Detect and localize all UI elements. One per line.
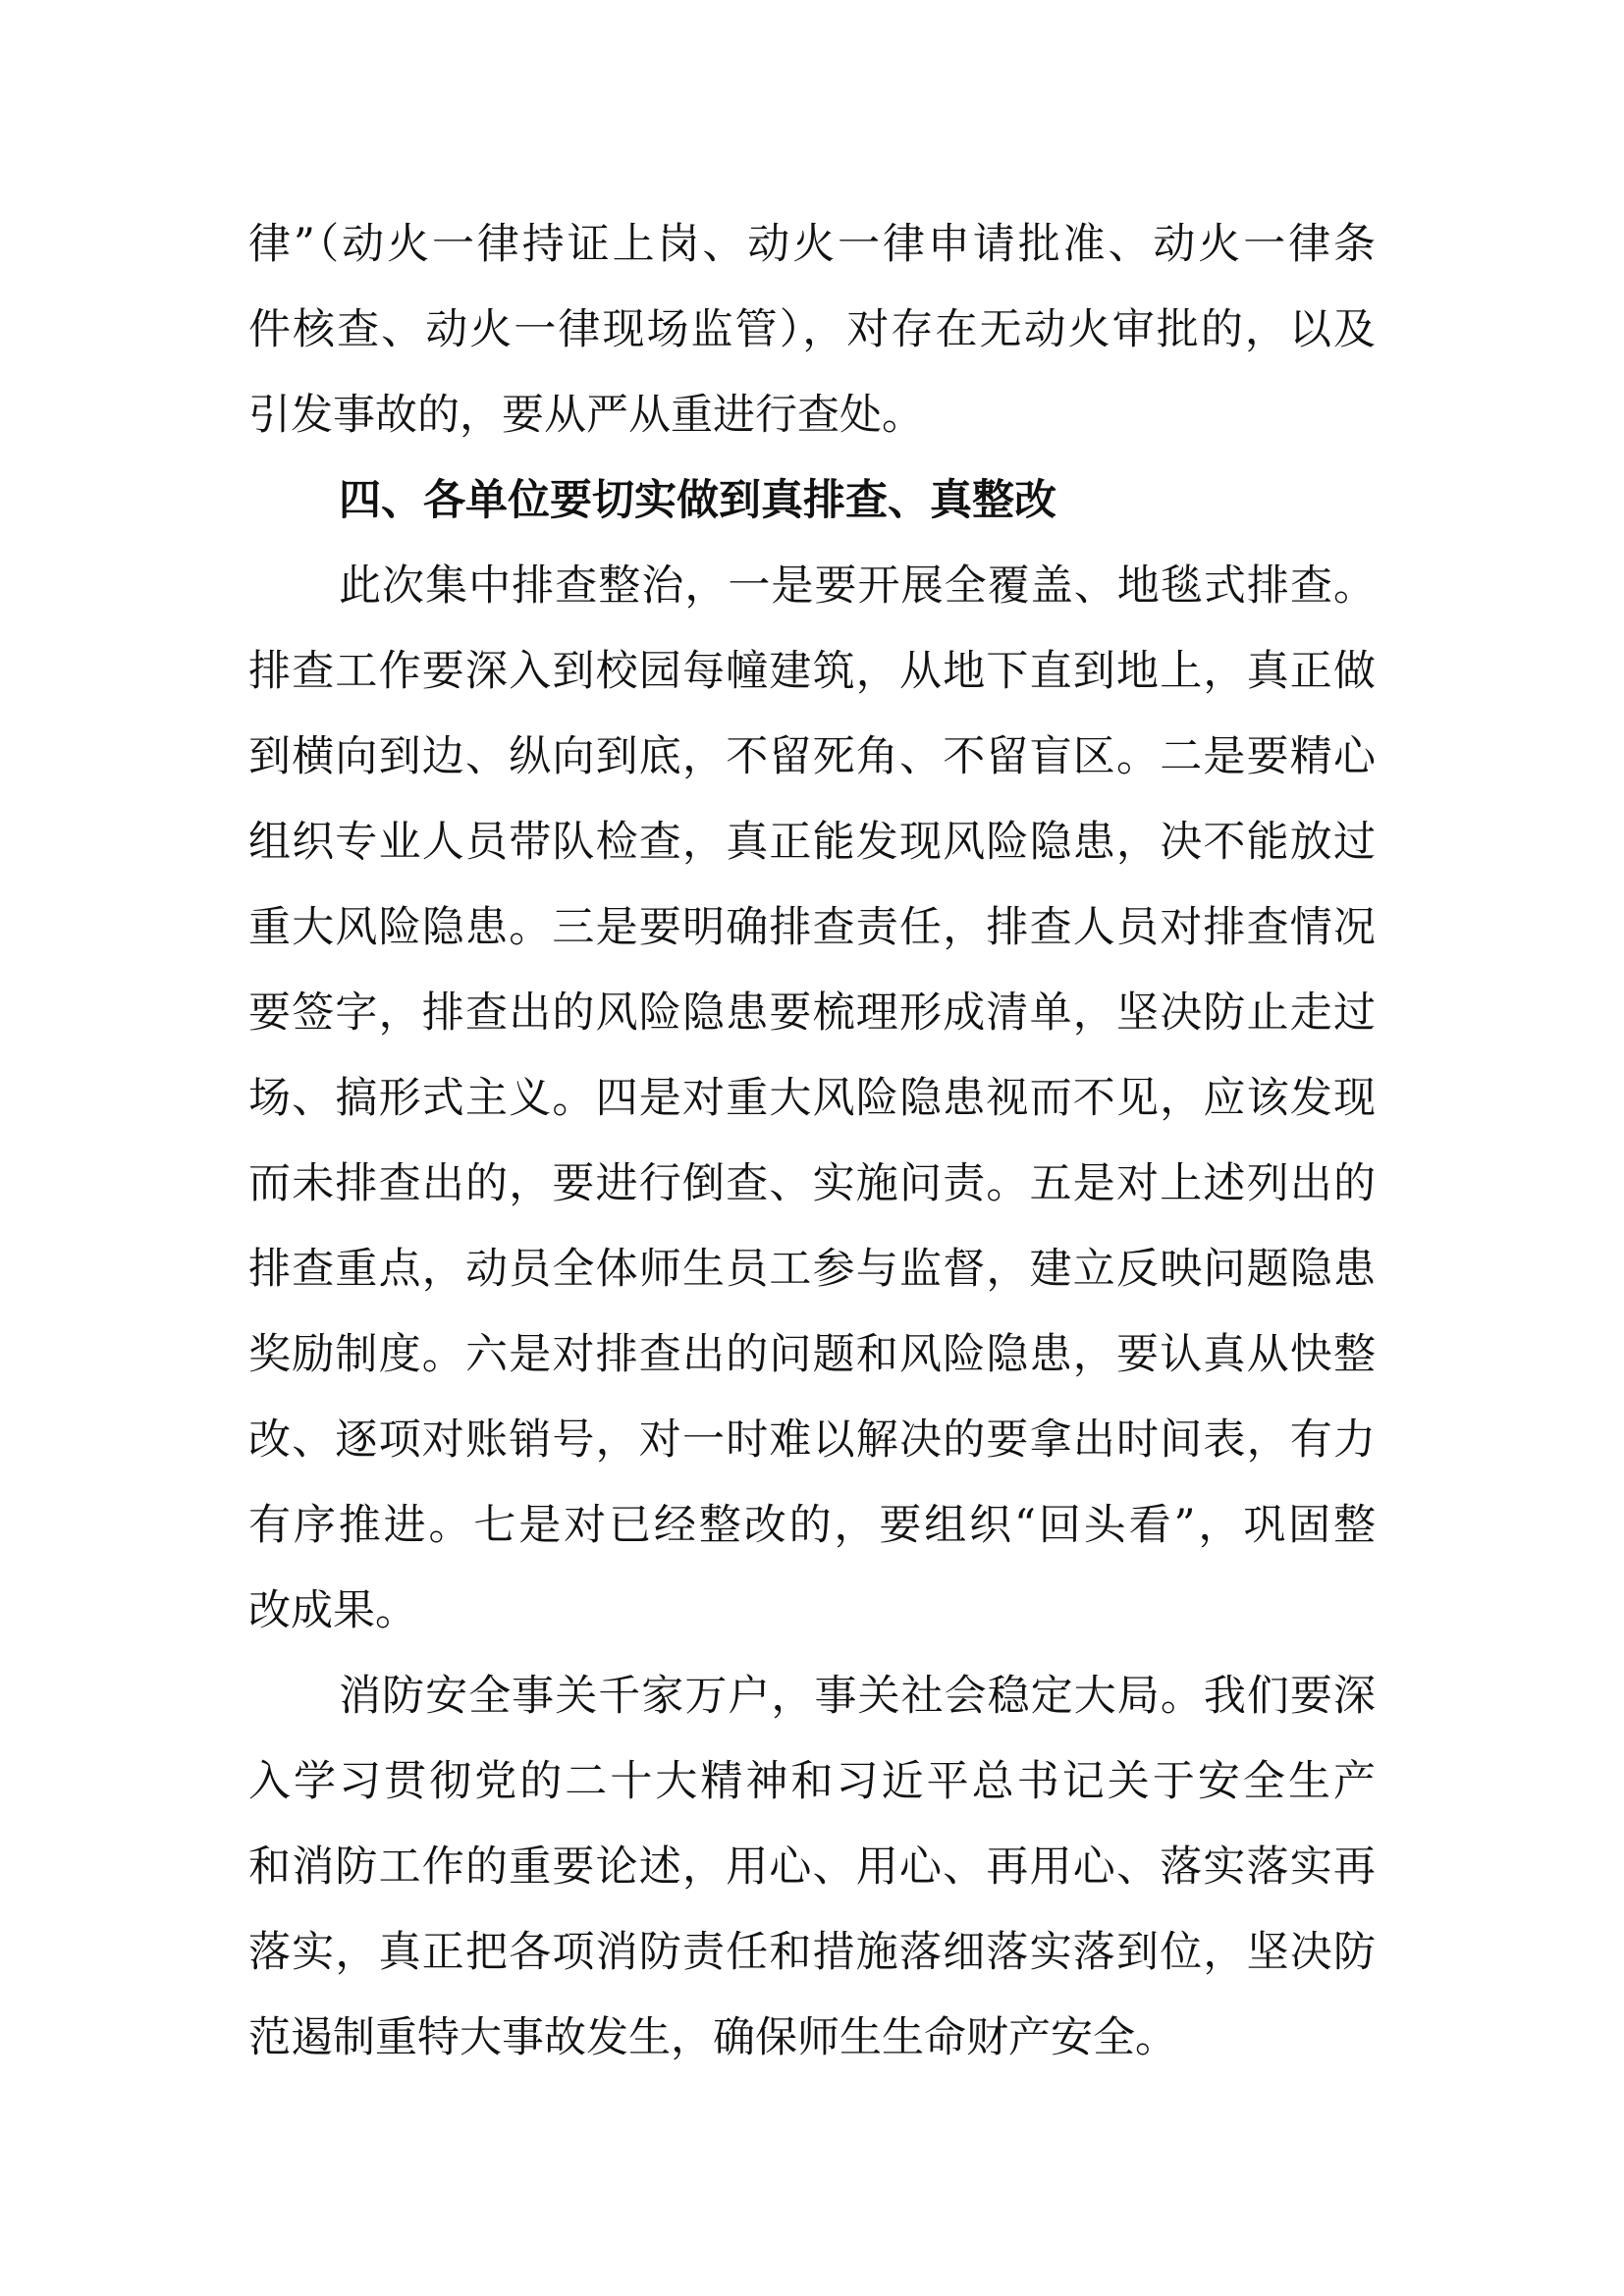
text-line: 落实，真正把各项消防责任和措施落细落实落到位，坚决防: [248, 1910, 1376, 1996]
paragraph-closing: 消防安全事关千家万户，事关社会稳定大局。我们要深 入学习贯彻党的二十大精神和习近…: [248, 1654, 1376, 2081]
text-line: 消防安全事关千家万户，事关社会稳定大局。我们要深: [248, 1654, 1376, 1739]
document-body: 律”（动火一律持证上岗、动火一律申请批准、动火一律条 件核查、动火一律现场监管）…: [248, 202, 1376, 2081]
text-line: 此次集中排查整治，一是要开展全覆盖、地毯式排查。: [248, 544, 1376, 629]
text-line: 律”（动火一律持证上岗、动火一律申请批准、动火一律条: [248, 202, 1376, 288]
text-line: 件核查、动火一律现场监管），对存在无动火审批的，以及: [248, 288, 1376, 373]
text-line: 组织专业人员带队检查，真正能发现风险隐患，决不能放过: [248, 800, 1376, 885]
paragraph-investigation: 此次集中排查整治，一是要开展全覆盖、地毯式排查。 排查工作要深入到校园每幢建筑，…: [248, 544, 1376, 1654]
paragraph-continued: 律”（动火一律持证上岗、动火一律申请批准、动火一律条 件核查、动火一律现场监管）…: [248, 202, 1376, 458]
text-line: 范遏制重特大事故发生，确保师生生命财产安全。: [248, 1996, 1376, 2081]
text-line: 入学习贯彻党的二十大精神和习近平总书记关于安全生产: [248, 1739, 1376, 1825]
text-line: 排查工作要深入到校园每幢建筑，从地下直到地上，真正做: [248, 629, 1376, 715]
text-line: 改成果。: [248, 1569, 1376, 1654]
text-line: 而未排查出的，要进行倒查、实施问责。五是对上述列出的: [248, 1142, 1376, 1227]
text-line: 排查重点，动员全体师生员工参与监督，建立反映问题隐患: [248, 1227, 1376, 1312]
section-heading: 四、各单位要切实做到真排查、真整改: [248, 458, 1376, 544]
text-line: 奖励制度。六是对排查出的问题和风险隐患，要认真从快整: [248, 1312, 1376, 1398]
document-page: 律”（动火一律持证上岗、动火一律申请批准、动火一律条 件核查、动火一律现场监管）…: [0, 0, 1624, 2296]
text-line: 有序推进。七是对已经整改的，要组织“回头看”，巩固整: [248, 1483, 1376, 1569]
text-line: 和消防工作的重要论述，用心、用心、再用心、落实落实再: [248, 1825, 1376, 1910]
text-line: 引发事故的，要从严从重进行查处。: [248, 373, 1376, 458]
text-line: 重大风险隐患。三是要明确排查责任，排查人员对排查情况: [248, 885, 1376, 971]
text-line: 场、搞形式主义。四是对重大风险隐患视而不见，应该发现: [248, 1056, 1376, 1142]
text-line: 改、逐项对账销号，对一时难以解决的要拿出时间表，有力: [248, 1398, 1376, 1483]
text-line: 要签字，排查出的风险隐患要梳理形成清单，坚决防止走过: [248, 971, 1376, 1056]
text-line: 到横向到边、纵向到底，不留死角、不留盲区。二是要精心: [248, 715, 1376, 800]
heading-text: 四、各单位要切实做到真排查、真整改: [248, 458, 1376, 544]
